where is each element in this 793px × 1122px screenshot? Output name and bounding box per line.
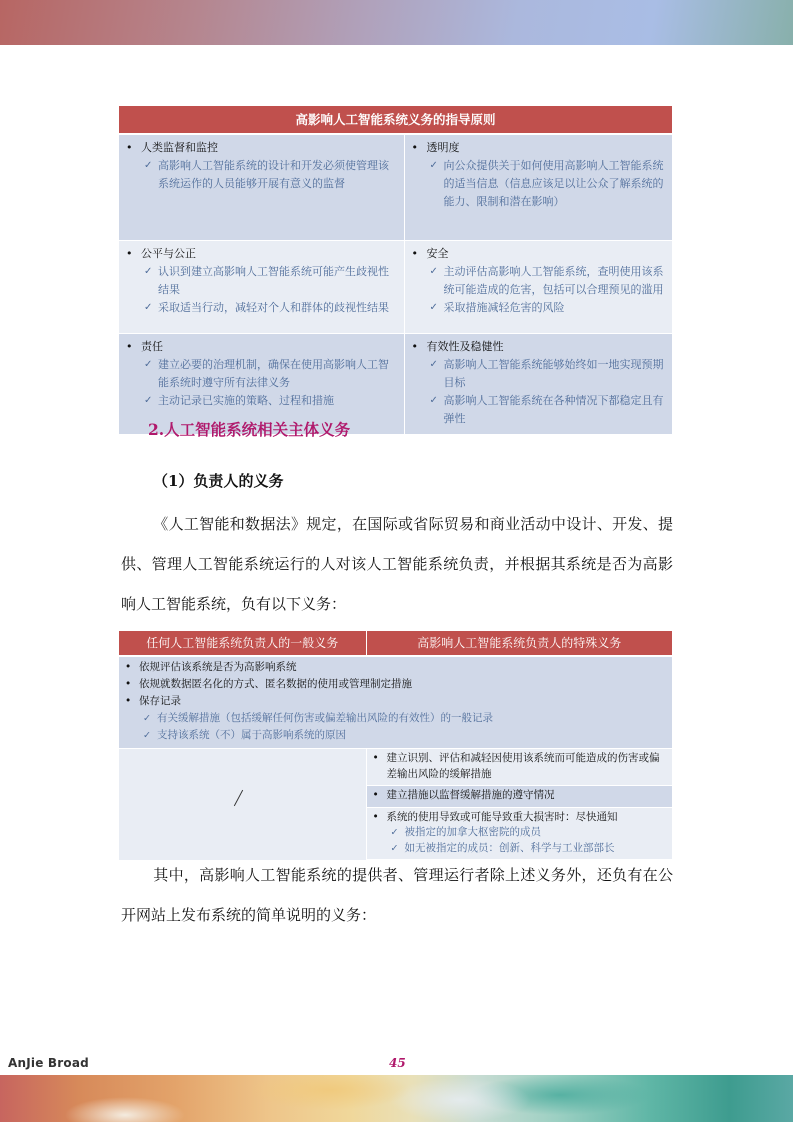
obligations-table: 任何人工智能系统负责人的一般义务 高影响人工智能系统负责人的特殊义务 依规评估该… xyxy=(119,631,672,860)
slash-placeholder xyxy=(234,790,243,806)
empty-cell xyxy=(119,749,366,860)
principle-transparency: 透明度 向公众提供关于如何使用高影响人工智能系统的适当信息（信息应该足以让公众了… xyxy=(404,134,672,240)
column-header-special: 高影响人工智能系统负责人的特殊义务 xyxy=(366,631,672,656)
general-obligations-cell: 依规评估该系统是否为高影响系统 依规就数据匿名化的方式、匿名数据的使用或管理制定… xyxy=(119,656,672,749)
guiding-principles-table: 高影响人工智能系统义务的指导原则 人类监督和监控 高影响人工智能系统的设计和开发… xyxy=(119,106,672,435)
principle-fairness: 公平与公正 认识到建立高影响人工智能系统可能产生歧视性结果 采取适当行动，减轻对… xyxy=(119,240,404,333)
section-heading: 2.人工智能系统相关主体义务 xyxy=(148,418,350,440)
special-obligation-item: 建立措施以监督缓解措施的遵守情况 xyxy=(366,786,672,808)
footer-brand-logo: AnJie Broad xyxy=(8,1056,89,1070)
body-paragraph-1: 《人工智能和数据法》规定，在国际或省际贸易和商业活动中设计、开发、提供、管理人工… xyxy=(121,504,673,624)
table-row: 公平与公正 认识到建立高影响人工智能系统可能产生歧视性结果 采取适当行动，减轻对… xyxy=(119,240,672,333)
special-obligation-item: 系统的使用导致或可能导致重大损害时：尽快通知 被指定的加拿大枢密院的成员 如无被… xyxy=(366,807,672,860)
table-title: 高影响人工智能系统义务的指导原则 xyxy=(119,106,672,134)
bottom-decorative-band xyxy=(0,1075,793,1122)
top-decorative-band xyxy=(0,0,793,45)
table-row: 人类监督和监控 高影响人工智能系统的设计和开发必须使管理该系统运作的人员能够开展… xyxy=(119,134,672,240)
principle-safety: 安全 主动评估高影响人工智能系统，查明使用该系统可能造成的危害，包括可以合理预见… xyxy=(404,240,672,333)
column-header-general: 任何人工智能系统负责人的一般义务 xyxy=(119,631,366,656)
sub-heading: （1）负责人的义务 xyxy=(153,470,283,491)
page-number: 45 xyxy=(389,1056,406,1070)
special-obligation-item: 建立识别、评估和减轻因使用该系统而可能造成的伤害或偏差输出风险的缓解措施 xyxy=(366,749,672,786)
body-paragraph-2: 其中，高影响人工智能系统的提供者、管理运行者除上述义务外，还负有在公开网站上发布… xyxy=(121,855,673,935)
principle-human-oversight: 人类监督和监控 高影响人工智能系统的设计和开发必须使管理该系统运作的人员能够开展… xyxy=(119,134,404,240)
principle-validity-robustness: 有效性及稳健性 高影响人工智能系统能够始终如一地实现预期目标 高影响人工智能系统… xyxy=(404,333,672,434)
